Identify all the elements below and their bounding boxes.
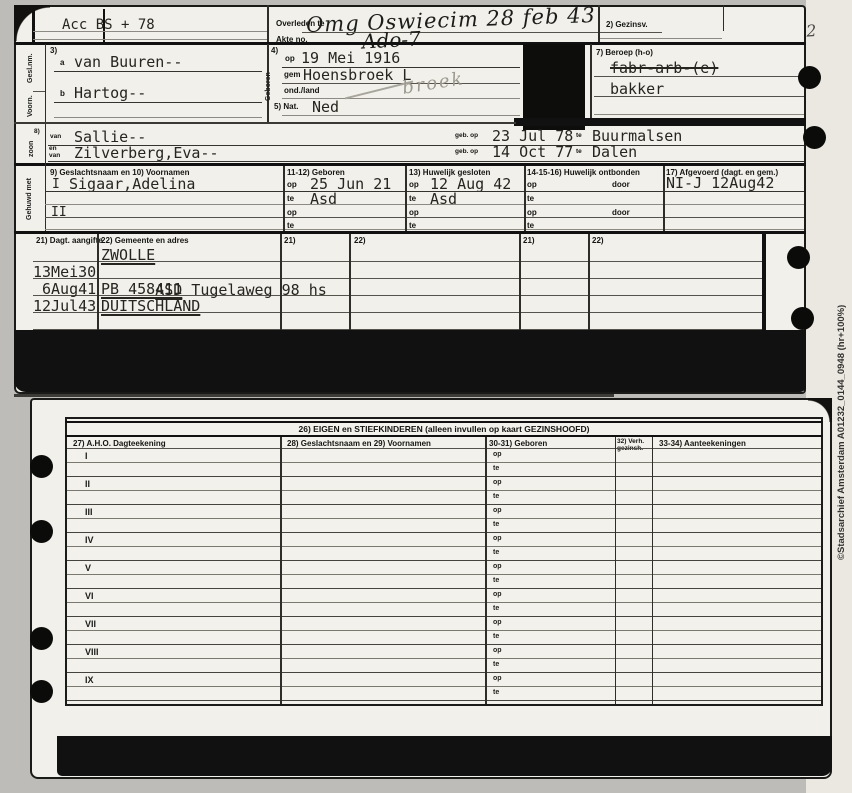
rule — [45, 229, 804, 230]
col-22-header: 22) — [354, 236, 366, 245]
row-numeral: IX — [85, 675, 94, 685]
op-label: op — [409, 208, 419, 217]
rule — [302, 32, 662, 33]
en-label: en — [49, 145, 57, 152]
row-numeral: IV — [85, 535, 94, 545]
divider — [762, 234, 766, 330]
rule — [33, 39, 267, 40]
punch-hole — [791, 307, 814, 330]
op-label: op — [493, 591, 502, 598]
row-numeral: III — [85, 507, 93, 517]
rule — [48, 161, 804, 162]
door-label: door — [612, 180, 630, 189]
divider — [519, 234, 521, 330]
row-numeral: VI — [85, 591, 94, 601]
header-heavy-rule — [14, 42, 806, 45]
child-row: IX op te — [67, 673, 821, 701]
col-aant-header: 33-34) Aanteekeningen — [659, 439, 746, 448]
spouse-birth-place: Asd — [310, 190, 337, 208]
rule — [45, 191, 804, 192]
registration-place: PB 458411 — [101, 280, 182, 298]
te-label: te — [493, 605, 499, 612]
rule — [594, 76, 804, 77]
ontbonden-col-header: 14-15-16) Huwelijk ontbonden — [527, 168, 640, 177]
col-name-header: 28) Geslachtsnaam en 29) Voornamen — [287, 439, 431, 448]
te-label: te — [493, 577, 499, 584]
section4-label: 4) — [271, 46, 278, 55]
surname-value: van Buuren-- — [74, 53, 182, 71]
divider — [588, 234, 590, 330]
divider — [590, 44, 592, 118]
voorn-side-label: Voorn. — [27, 95, 35, 117]
rule — [594, 114, 804, 115]
punch-hole — [803, 126, 826, 149]
op-label: op — [285, 54, 295, 63]
gem-label: gem — [284, 70, 300, 79]
card-mount-band — [57, 736, 832, 776]
heavy-bar — [514, 118, 806, 126]
ond-land-label: ond./land — [284, 86, 320, 95]
geb-op-label: geb. op — [455, 132, 478, 139]
nationality-value: Ned — [312, 98, 339, 116]
child-row: IV op te — [67, 533, 821, 561]
divider — [97, 234, 99, 330]
punch-hole — [30, 680, 53, 703]
divider — [652, 437, 653, 704]
divider — [349, 234, 351, 330]
op-label: op — [493, 619, 502, 626]
child-row: VI op te — [67, 589, 821, 617]
child-row: II op te — [67, 477, 821, 505]
te-label: te — [493, 633, 499, 640]
birth-date-value: 19 Mei 1916 — [301, 49, 400, 67]
registration-date: 6Aug41 — [42, 280, 96, 298]
divider — [598, 5, 600, 42]
afgevoerd-value: NI-J 12Aug42 — [666, 174, 774, 192]
te-label: te — [576, 148, 582, 155]
scanned-archive-page: 2 2 ©Stadsarchief Amsterdam A01232_0144_… — [0, 0, 852, 793]
op-label: op — [493, 451, 502, 458]
rule — [600, 38, 722, 39]
double-rule — [65, 421, 823, 423]
dagt-col-header: 21) Dagt. aangifte — [36, 236, 103, 245]
divider — [280, 437, 282, 704]
te-label: te — [409, 194, 416, 203]
rule — [14, 122, 516, 124]
col-aho-header: 27) A.H.O. Dagteekening — [73, 439, 166, 448]
divider — [615, 437, 616, 704]
op-label: op — [493, 647, 502, 654]
registration-place: ZWOLLE — [101, 246, 155, 264]
row-numeral: V — [85, 563, 91, 573]
col-verh-header: 32) Verh. — [617, 438, 644, 445]
divider — [280, 234, 282, 330]
rule — [282, 115, 520, 116]
col-21-header: 21) — [523, 236, 535, 245]
section8-label: 8) — [34, 128, 40, 135]
rule — [54, 71, 262, 72]
child-row: III op te — [67, 505, 821, 533]
beroep-struck-value: fabr-arb-(e) — [610, 59, 718, 77]
rule — [45, 204, 804, 205]
child-row: VII op te — [67, 617, 821, 645]
heavy-rule — [65, 435, 823, 437]
archive-credit-text: ©Stadsarchief Amsterdam A01232_0144_0948… — [836, 305, 847, 560]
rule — [54, 102, 262, 103]
op-label: op — [287, 180, 297, 189]
row-numeral: VIII — [85, 647, 99, 657]
registration-address: Tugelaweg 98 hs — [182, 281, 327, 299]
mother-name-value: Zilverberg,Eva-- — [74, 144, 219, 162]
col-21-header: 21) — [284, 236, 296, 245]
divider — [524, 166, 526, 231]
op-label: op — [527, 208, 537, 217]
door-label: door — [612, 208, 630, 217]
zoon-side-label: zoon — [28, 141, 36, 157]
registration-date: 12Jul43 — [33, 297, 96, 315]
op-label: op — [409, 180, 419, 189]
child-row: VIII op te — [67, 645, 821, 673]
heavy-rule — [14, 163, 806, 166]
children-table: 26) EIGEN en STIEFKINDEREN (alleen invul… — [65, 417, 823, 706]
punch-hole — [30, 627, 53, 650]
geboren-side-label: Geboren — [265, 72, 273, 101]
op-label: op — [527, 180, 537, 189]
op-label: op — [493, 479, 502, 486]
divider — [283, 166, 285, 231]
children-table-title: 26) EIGEN en STIEFKINDEREN (alleen invul… — [65, 424, 823, 434]
rule — [594, 96, 804, 97]
row-numeral: II — [85, 479, 90, 489]
card-shadow — [14, 394, 614, 397]
divider — [723, 5, 724, 31]
registration-card-front: Acc BS + 78 Overleden te Omg Oswiecim 28… — [14, 5, 806, 394]
rule — [33, 91, 45, 92]
divider — [267, 5, 269, 42]
row-numeral: I — [85, 451, 88, 461]
divider — [663, 166, 665, 231]
gemeente-col-header: 22) Gemeente en adres — [101, 236, 189, 245]
nat-label: 5) Nat. — [274, 102, 298, 111]
child-row: I op te — [67, 449, 821, 477]
section3-label: 3) — [50, 46, 57, 55]
rule — [33, 31, 267, 32]
van-label: van — [49, 152, 60, 159]
te-label: te — [493, 689, 499, 696]
geslnm-side-label: Gesl.nm. — [27, 53, 35, 83]
row-numeral: VII — [85, 619, 96, 629]
roman-i: I — [52, 177, 60, 192]
mother-birth-date: 14 Oct 77 — [492, 143, 573, 161]
divider — [485, 437, 487, 704]
op-label: op — [493, 563, 502, 570]
sub-b-label: b — [60, 89, 65, 98]
punch-hole — [798, 66, 821, 89]
birth-place-value: Hoensbroek L — [303, 66, 411, 84]
col-22-header: 22) — [592, 236, 604, 245]
te-label: te — [527, 194, 534, 203]
divider — [45, 126, 46, 231]
beroep-label: 7) Beroep (h-o) — [596, 48, 653, 57]
rule — [45, 217, 804, 218]
divider — [32, 9, 35, 42]
op-label: op — [287, 208, 297, 217]
marriage-place-value: Asd — [430, 190, 457, 208]
punch-hole — [30, 520, 53, 543]
te-label: te — [287, 194, 294, 203]
card-mount-band — [14, 330, 806, 392]
te-label: te — [493, 661, 499, 668]
divider — [405, 166, 407, 231]
te-label: te — [576, 132, 582, 139]
col-geboren-header: 30-31) Geboren — [489, 439, 547, 448]
te-label: te — [493, 493, 499, 500]
firstname-value: Hartog-- — [74, 84, 146, 102]
registration-place: DUITSCHLAND — [101, 297, 200, 315]
van-label: van — [50, 133, 61, 140]
punch-hole — [787, 246, 810, 269]
gezinsv-label: 2) Gezinsv. — [606, 20, 648, 29]
te-label: te — [493, 549, 499, 556]
rule — [48, 145, 804, 146]
sub-a-label: a — [60, 58, 64, 67]
gehuwd-side-label: Gehuwd met — [26, 178, 34, 220]
op-label: op — [493, 675, 502, 682]
rule — [54, 117, 262, 118]
registration-card-back: 26) EIGEN en STIEFKINDEREN (alleen invul… — [30, 398, 832, 779]
punch-hole — [30, 455, 53, 478]
te-label: te — [493, 521, 499, 528]
heavy-rule — [14, 231, 806, 234]
geb-op-label: geb. op — [455, 148, 478, 155]
te-label: te — [493, 465, 499, 472]
op-label: op — [493, 535, 502, 542]
op-label: op — [493, 507, 502, 514]
mother-birth-place: Dalen — [592, 143, 637, 161]
child-row: V op te — [67, 561, 821, 589]
registration-date: 13Mei30 — [33, 263, 96, 281]
